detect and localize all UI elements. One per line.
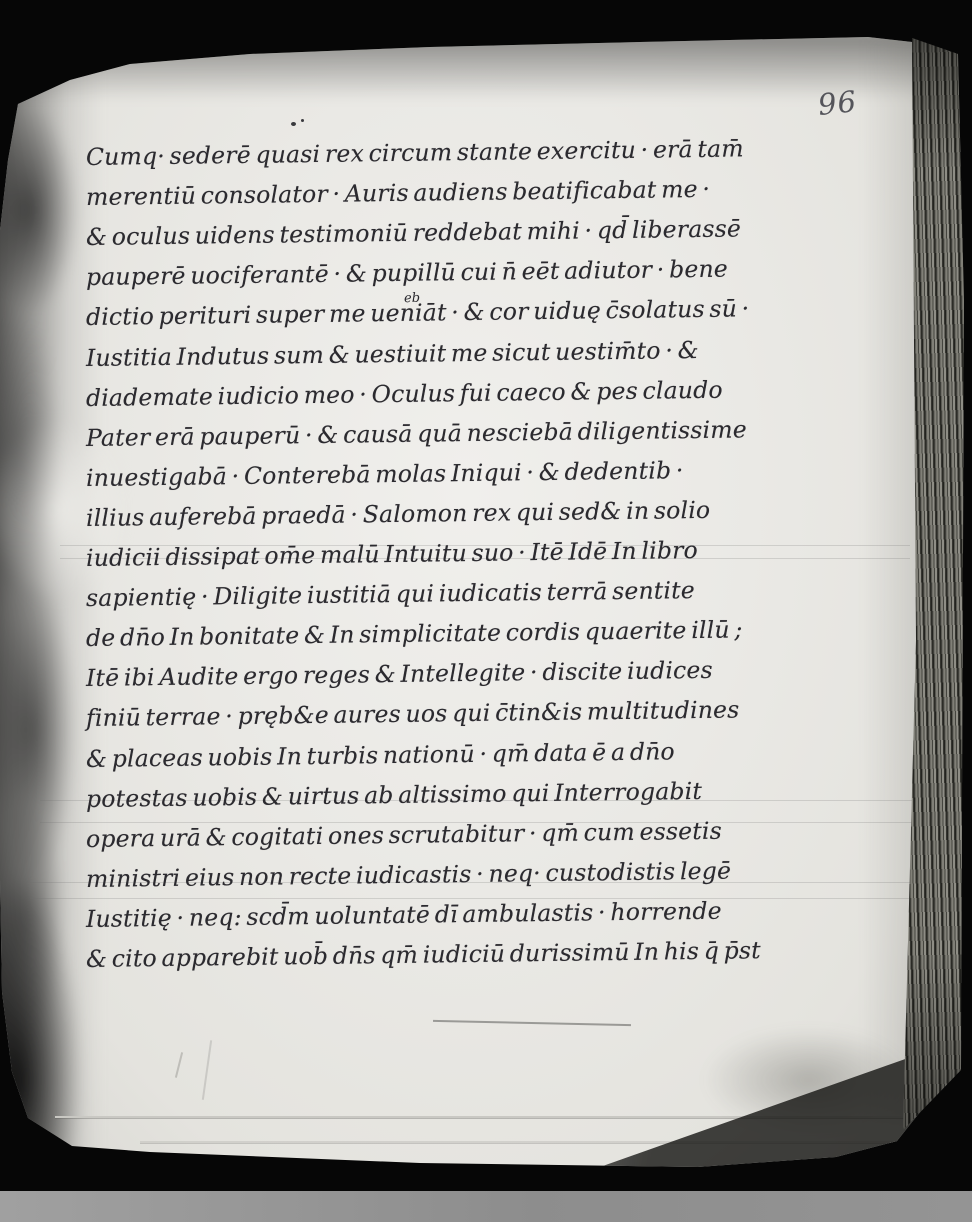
manuscript-line: Iustitię · neq: scd̄m uoluntatē dī ambul… [86,896,722,934]
manuscript-line: & cito apparebit uob̄ dn̄s qm̄ iudiciū d… [86,935,761,974]
manuscript-line: Itē ibi Audite ergo reges & Intellegite … [86,655,713,693]
manuscript-line: finiū terrae · pręb&e aures uos qui c̄ti… [86,695,740,734]
manuscript-line: sapientię · Diligite iustitiā qui iudica… [86,575,695,613]
manuscript-line: de dn̄o In bonitate & In simplicitate co… [86,615,743,654]
manuscript-line: iudicii dissipat om̄e malū Intuitu suo ·… [86,535,698,573]
manuscript-line: ministri eius non recte iudicastis · neq… [86,855,732,893]
manuscript-line: potestas uobis & uirtus ab altissimo qui… [86,776,702,814]
manuscript-line: Iustitia Indutus sum & uestiuit me sicut… [86,334,699,372]
manuscript-line: & placeas uobis In turbis nationū · qm̄ … [86,736,675,774]
ink-speck [301,119,304,122]
manuscript-line: Pater erā pauperū · & causā quā nesciebā… [86,414,747,453]
manuscript-line: pauperē uociferantē · & pupillū cui n̄ e… [86,254,728,292]
manuscript-line: diademate iudicio meo · Oculus fui caeco… [86,374,723,412]
interlinear-correction: eb [404,291,421,307]
manuscript-page: Cumq· sederē quasi rex circum stante exe… [0,0,972,1222]
manuscript-line: opera urā & cogitati ones scrutabitur · … [86,815,722,853]
manuscript-line: merentiū consolator · Auris audiens beat… [86,174,710,212]
ink-speck [291,122,296,126]
scan-bottom-strip [0,1191,972,1222]
manuscript-line: inuestigabā · Conterebā molas Iniqui · &… [86,455,684,493]
manuscript-line: illius auferebā praedā · Salomon rex qui… [86,495,711,533]
manuscript-line: Cumq· sederē quasi rex circum stante exe… [86,133,744,172]
manuscript-line: & oculus uidens testimoniū reddebat mihi… [86,214,741,253]
folio-number: 96 [816,84,858,122]
manuscript-photo: Cumq· sederē quasi rex circum stante exe… [0,0,972,1222]
